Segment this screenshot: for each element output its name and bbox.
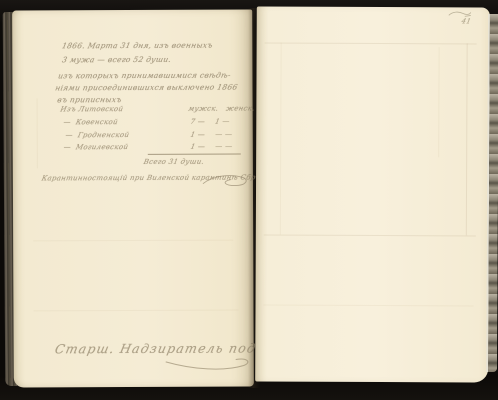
faint-rule-horizontal [264, 305, 474, 307]
left-page: 1866. Марта 31 дня, изъ военныхъ 3 мужа … [12, 9, 254, 387]
table-total: Всего 31 души. [143, 159, 205, 166]
faint-rule-horizontal [264, 235, 476, 237]
paragraph-line-2: ніями присоединившихся выключено 1866 [55, 84, 239, 92]
paragraph-line-1: изъ которыхъ принимавшимися свѣдѣ- [57, 72, 231, 80]
ghost-rule [37, 98, 38, 168]
table-row-label: — Ковенской [63, 119, 119, 126]
book-fore-edge [486, 14, 498, 372]
table-header-label: Изъ Литовской [60, 106, 124, 113]
signature-flourish [164, 355, 254, 375]
heading-line-1: 1866. Марта 31 дня, изъ военныхъ [61, 42, 213, 50]
table-row-values: 1 — — — [190, 132, 233, 139]
attestation-flourish [201, 169, 251, 191]
scanned-book-spread: 1866. Марта 31 дня, изъ военныхъ 3 мужа … [0, 0, 498, 400]
table-row-label: — Гродненской [65, 132, 130, 139]
faint-rule-horizontal [265, 43, 477, 45]
right-page: 41 [255, 6, 490, 382]
heading-line-2: 3 мужа — всего 52 души. [61, 56, 171, 64]
faint-rule-vertical [280, 43, 282, 235]
table-row-label: — Могилевской [63, 144, 129, 151]
table-sum-rule [148, 154, 241, 155]
faint-rule-vertical [466, 43, 468, 235]
table-row-values: 1 — — — [190, 144, 233, 151]
ghost-rule [33, 310, 238, 312]
table-header-columns: мужск. женск. [188, 105, 256, 112]
folio-number: 41 [461, 18, 472, 25]
faint-rule-vertical [438, 47, 439, 157]
table-row-values: 7 — 1 — [190, 119, 231, 126]
paragraph-line-3: въ приписныхъ [57, 96, 123, 104]
ghost-rule [33, 240, 233, 242]
